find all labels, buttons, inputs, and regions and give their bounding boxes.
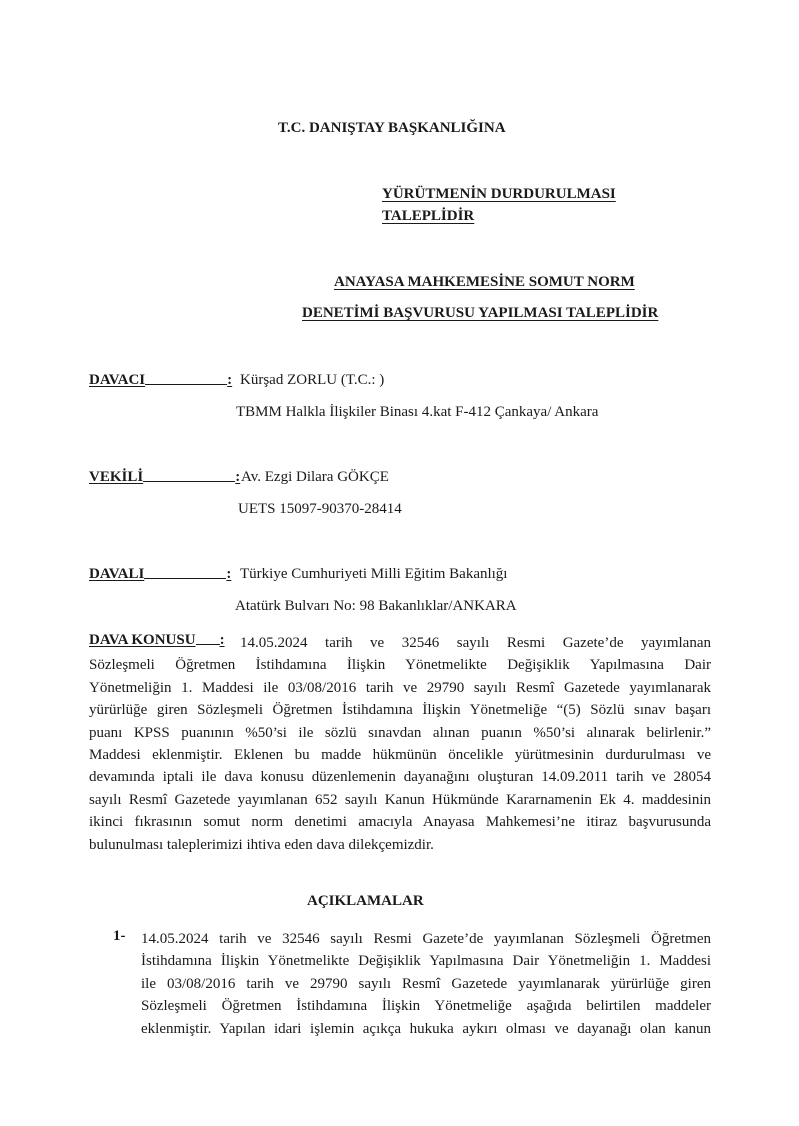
defendant-label: DAVALI — [89, 566, 144, 582]
explanation-item-1: 14.05.2024 tarih ve 32546 sayılı Resmi G… — [141, 928, 711, 1040]
stay-of-execution-request-line1: YÜRÜTMENİN DURDURULMASI — [382, 186, 616, 203]
plaintiff-name: Kürşad ZORLU (T.C.: ) — [240, 372, 384, 389]
label-colon: : — [226, 566, 231, 582]
subject-line: Maddesi eklenmiştir. Eklenen bu madde hü… — [89, 744, 711, 766]
attorney-label-row: VEKİLİ: — [89, 469, 240, 486]
explanation-line: 14.05.2024 tarih ve 32546 sayılı Resmi G… — [141, 928, 711, 950]
constitutional-review-request-line2: DENETİMİ BAŞVURUSU YAPILMASI TALEPLİDİR — [302, 305, 658, 322]
subject-paragraph: 14.05.2024 tarih ve 32546 sayılı Resmi G… — [89, 632, 711, 856]
subject-line: Sözleşmeli Öğretmen İstihdamına İlişkin … — [89, 654, 711, 676]
plaintiff-label-row: DAVACI: — [89, 372, 232, 389]
label-underline — [143, 480, 235, 482]
subject-line: puanı KPSS puanının %50’si ile sözlü sın… — [89, 722, 711, 744]
plaintiff-address: TBMM Halkla İlişkiler Binası 4.kat F-412… — [236, 404, 598, 421]
subject-line: yürürlüğe giren Sözleşmeli Öğretmen İsti… — [89, 699, 711, 721]
subject-line: bulunulması taleplerimizi ihtiva eden da… — [89, 834, 711, 856]
subject-line: sayılı Resmî Gazetede yayımlanan 652 say… — [89, 789, 711, 811]
defendant-label-row: DAVALI: — [89, 566, 231, 583]
attorney-name: Av. Ezgi Dilara GÖKÇE — [241, 469, 389, 486]
explanation-line: İstihdamına İlişkin Yönetmelikte Değişik… — [141, 950, 711, 972]
label-underline — [144, 577, 226, 579]
plaintiff-label: DAVACI — [89, 372, 145, 388]
attorney-label: VEKİLİ — [89, 469, 143, 485]
item-number: 1- — [113, 928, 126, 945]
subject-line: 14.05.2024 tarih ve 32546 sayılı Resmi G… — [89, 632, 711, 654]
attorney-uets: UETS 15097-90370-28414 — [238, 501, 402, 518]
explanations-heading: AÇIKLAMALAR — [307, 893, 424, 910]
explanation-line: eklenmiştir. Yapılan idari işlemin açıkç… — [141, 1018, 711, 1040]
subject-line: Yönetmeliğin 1. Maddesi ile 03/08/2016 t… — [89, 677, 711, 699]
explanation-line: ile 03/08/2016 tarih ve 29790 sayılı Res… — [141, 973, 711, 995]
defendant-address: Atatürk Bulvarı No: 98 Bakanlıklar/ANKAR… — [235, 598, 517, 615]
stay-of-execution-request-line2: TALEPLİDİR — [382, 208, 474, 225]
label-underline — [145, 383, 227, 385]
label-colon: : — [235, 469, 240, 485]
constitutional-review-request-line1: ANAYASA MAHKEMESİNE SOMUT NORM — [334, 274, 635, 291]
explanation-line: Sözleşmeli Öğretmen İstihdamına İlişkin … — [141, 995, 711, 1017]
subject-line: ikinci fıkrasının somut norm denetimi am… — [89, 811, 711, 833]
addressee-heading: T.C. DANIŞTAY BAŞKANLIĞINA — [278, 120, 506, 137]
subject-line: devamında iptali ile dava konusu düzenle… — [89, 766, 711, 788]
defendant-name: Türkiye Cumhuriyeti Milli Eğitim Bakanlı… — [240, 566, 507, 583]
label-colon: : — [227, 372, 232, 388]
